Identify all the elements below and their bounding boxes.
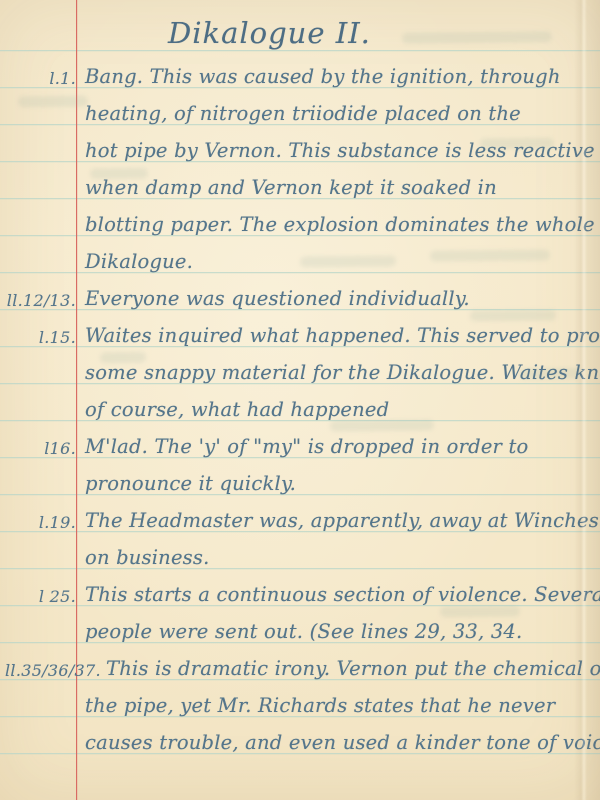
entry-text-line: This is dramatic irony. Vernon put the c…	[106, 647, 600, 680]
entry-text-line: pronounce it quickly.	[85, 462, 296, 495]
entry-text-line: the pipe, yet Mr. Richards states that h…	[85, 684, 555, 717]
entry-line-ref: l 25.	[5, 573, 76, 606]
page-title: Dikalogue II.	[168, 16, 371, 52]
entry-text-line: M'lad. The 'y' of "my" is dropped in ord…	[85, 425, 528, 458]
entry-text-line: causes trouble, and even used a kinder t…	[85, 721, 600, 754]
entry-text-line: people were sent out. (See lines 29, 33,…	[85, 610, 522, 643]
entry-text-line: This starts a continuous section of viol…	[85, 573, 600, 606]
show-through-mark	[300, 255, 396, 267]
entry-line-ref: l.15.	[5, 314, 76, 347]
entry-text-line: of course, what had happened	[85, 388, 389, 421]
entry-line-ref: ll.12/13.	[5, 277, 76, 310]
entry-text-line: Bang. This was caused by the ignition, t…	[85, 55, 561, 88]
entry-text-line: Everyone was questioned individually.	[85, 277, 470, 310]
entry-text-line: hot pipe by Vernon. This substance is le…	[85, 129, 595, 162]
entry-text-line: when damp and Vernon kept it soaked in	[85, 166, 497, 199]
entry-line-ref: l16.	[5, 425, 76, 458]
entry-text-line: blotting paper. The explosion dominates …	[85, 203, 595, 236]
entry-line-ref: l.1.	[5, 55, 76, 88]
entry-text-line: heating, of nitrogen triiodide placed on…	[85, 92, 521, 125]
show-through-mark	[402, 31, 552, 44]
notebook-page: Dikalogue II. l.1.Bang. This was caused …	[0, 0, 600, 800]
entry-text-line: Dikalogue.	[85, 240, 193, 273]
entry-text-line: some snappy material for the Dikalogue. …	[85, 351, 600, 384]
show-through-mark	[18, 96, 88, 108]
entry-text-line: Waites inquired what happened. This serv…	[85, 314, 600, 347]
margin-line	[76, 0, 77, 800]
entry-text-line: on business.	[85, 536, 210, 569]
entry-text-line: The Headmaster was, apparently, away at …	[85, 499, 600, 532]
entry-line-ref: ll.35/36/37.	[5, 647, 101, 680]
show-through-mark	[430, 249, 550, 261]
entry-line-ref: l.19.	[5, 499, 76, 532]
page-edge-crease	[574, 0, 600, 800]
